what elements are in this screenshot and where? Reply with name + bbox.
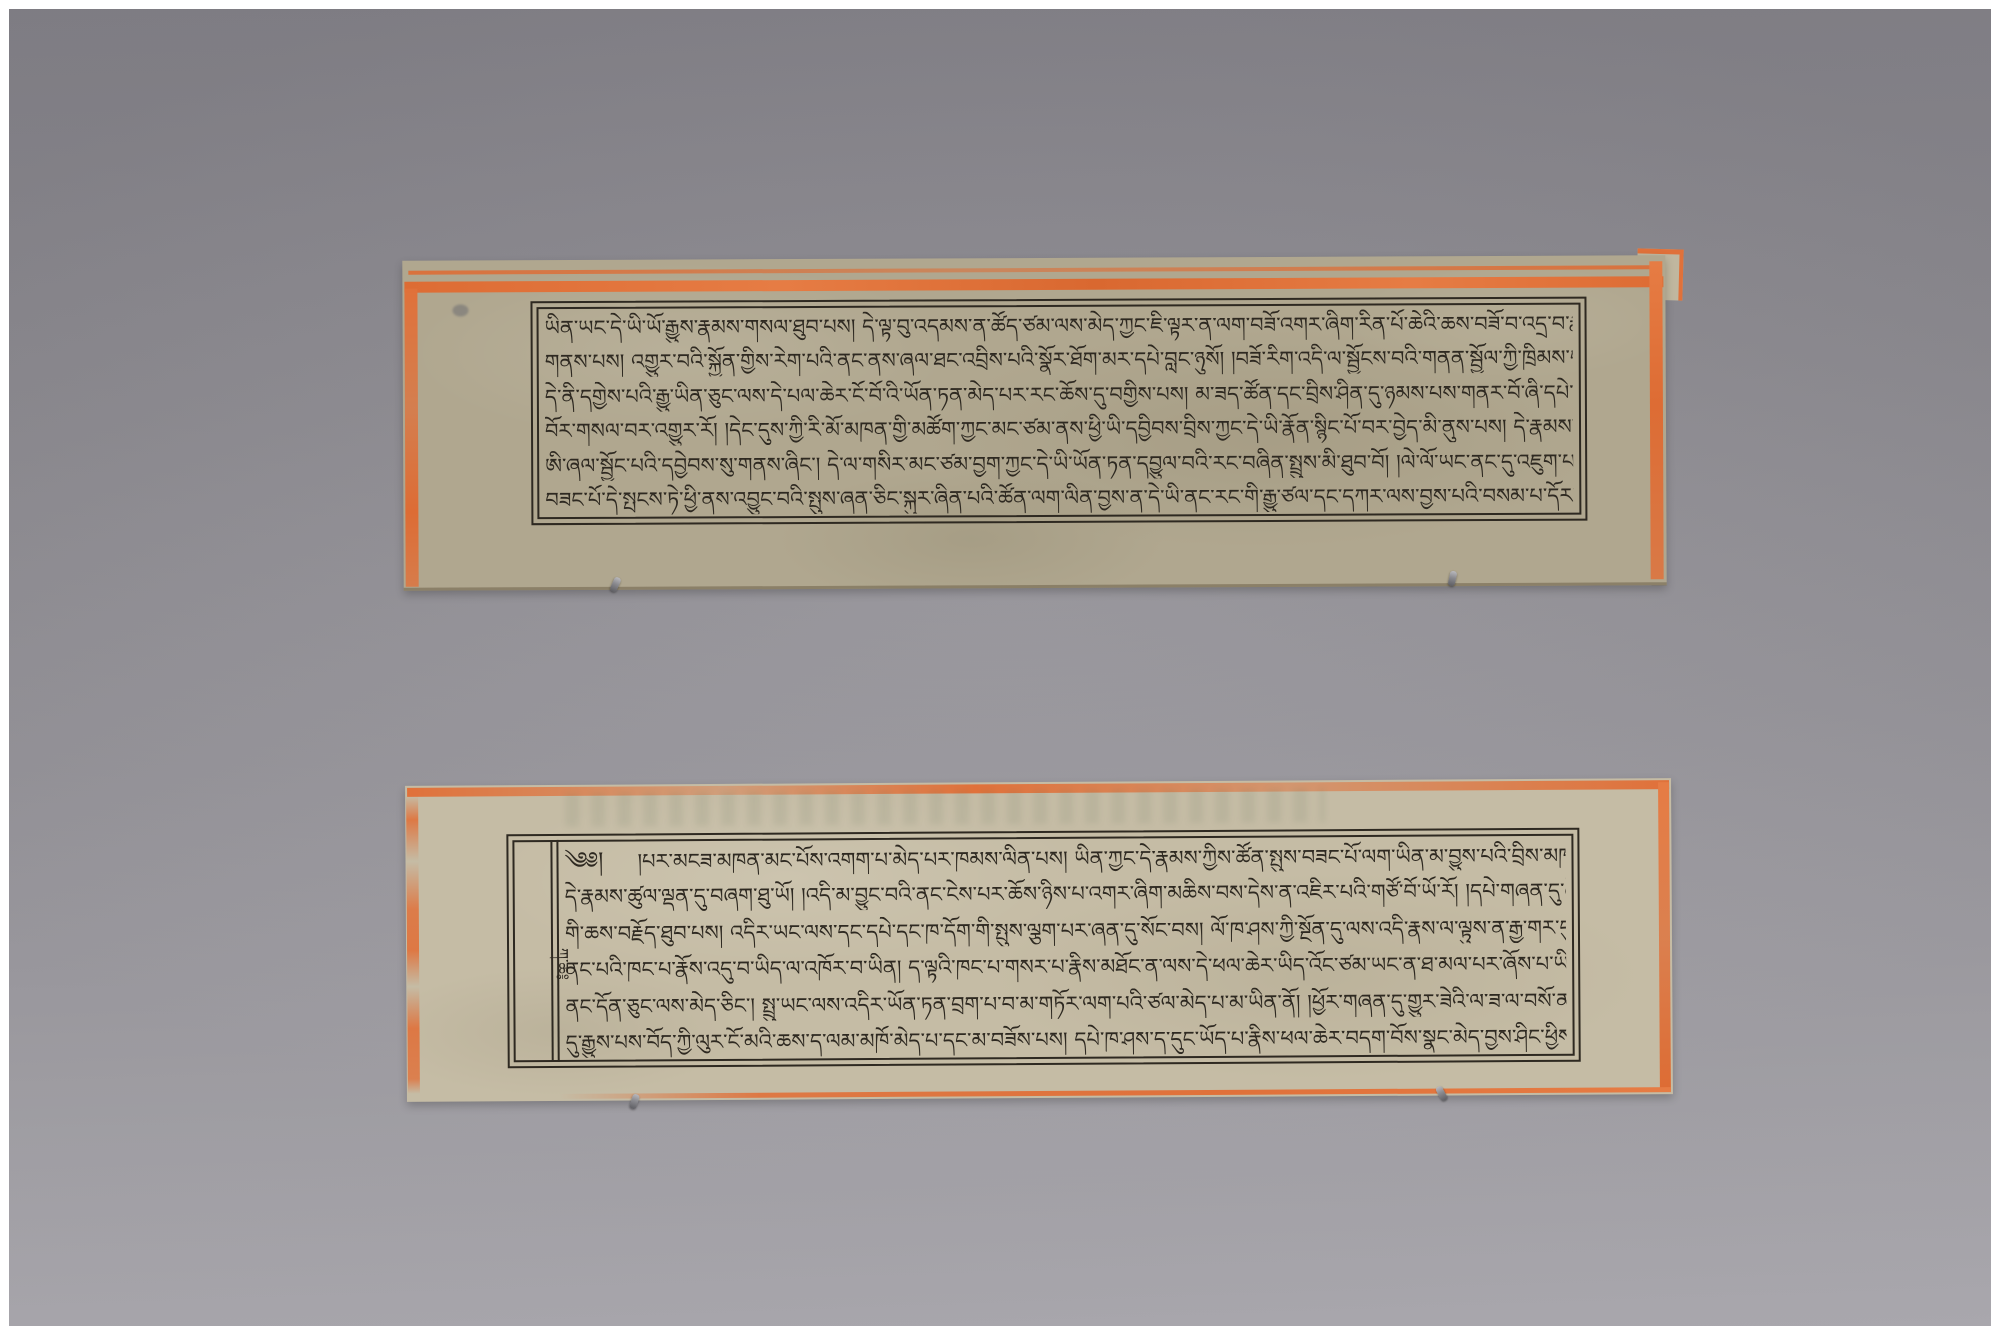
photo-mat: ཡིན་ཡང་དེ་ཡི་ཡོ་རྒྱུས་རྣམས་གསལ་ཐུབ་པས། ད…: [0, 0, 2000, 1335]
text-line: བོར་གསལ་བར་འགྱུར་རོ། །དེང་དུས་ཀྱི་རི་མོ་…: [545, 412, 1573, 446]
text-block: ཡིན་ཡང་དེ་ཡི་ཡོ་རྒྱུས་རྣམས་གསལ་ཐུབ་པས། ད…: [545, 309, 1574, 515]
photo-backdrop: [9, 9, 1991, 1326]
text-line-content: །པར་མངཟ་མཁན་མང་པོས་འགག་པ་མེད་པར་ཁམས་ལིན་…: [637, 843, 1565, 874]
orange-edge-paint: [404, 276, 1663, 292]
manuscript-leaf-top: ཡིན་ཡང་དེ་ཡི་ཡོ་རྒྱུས་རྣམས་གསལ་ཐུབ་པས། ད…: [402, 255, 1666, 591]
manuscript-leaf-bottom: ཀ་ཆ༔ ༄༅།།པར་མངཟ་མཁན་མང་པོས་འགག་པ་མེད་པར་…: [405, 778, 1673, 1102]
yig-mgo-ornament: ༄༅།: [564, 846, 637, 874]
text-line: གི་ཆས་བརྗོད་ཐུབ་པས། འདིར་ཡང་ལས་དང་དཔེ་དང…: [565, 913, 1566, 949]
margin-column: ཀ་ཆ༔: [508, 840, 559, 1062]
text-line: ༄༅།།པར་མངཟ་མཁན་མང་པོས་འགག་པ་མེད་པར་ཁམས་ལ…: [564, 840, 1565, 876]
text-block: ༄༅།།པར་མངཟ་མཁན་མང་པོས་འགག་པ་མེད་པར་ཁམས་ལ…: [564, 840, 1566, 1058]
orange-edge-paint: [404, 289, 418, 587]
text-line: གནས་པས། འགྱུར་བའི་སྐྱོན་གྱིས་རེག་པའི་ནང་…: [545, 343, 1573, 377]
text-line: བཟང་པོ་དེ་སྤངས་ཏེ་ཕྱི་ནས་འབྱུང་བའི་སྤུས་…: [545, 481, 1573, 515]
orange-edge-paint: [1649, 261, 1663, 579]
ink-smudge: [452, 304, 468, 316]
orange-edge-paint: [406, 796, 420, 1094]
text-line: ནང་པའི་ཁང་པ་རྣོས་འདུ་བ་ཡིད་ལ་འཁོར་བ་ཡིན།…: [565, 949, 1566, 985]
text-frame: ཡིན་ཡང་དེ་ཡི་ཡོ་རྒྱུས་རྣམས་གསལ་ཐུབ་པས། ད…: [530, 297, 1587, 526]
ink-showthrough: [565, 788, 1325, 827]
orange-edge-paint: [1658, 782, 1671, 1090]
text-line: དེ་རྣམས་ཚུལ་ལྡན་དུ་བཞག་ཐུ་ཡོ། །འདི་མ་བྱུ…: [565, 876, 1566, 912]
text-line: དུ་རྒྱུས་པས་བོད་ཀྱི་ལུར་ངོ་མའི་ཆས་ད་ལམ་མ…: [566, 1022, 1567, 1058]
text-frame: ཀ་ཆ༔ ༄༅།།པར་མངཟ་མཁན་མང་པོས་འགག་པ་མེད་པར་…: [506, 828, 1580, 1069]
text-line: དེ་ནི་དགྱེས་པའི་རྒྱུ་ཡིན་ཅུང་ལས་དེ་པལ་ཆེ…: [545, 377, 1573, 411]
text-line: ཨི་ཞལ་སྦྱོང་པའི་དབྱེབས་སུ་གནས་ཞིང་། དེ་ལ…: [545, 446, 1573, 480]
text-line: ཡིན་ཡང་དེ་ཡི་ཡོ་རྒྱུས་རྣམས་གསལ་ཐུབ་པས། ད…: [545, 309, 1573, 343]
text-line: ནང་དོན་ཅུང་ལས་མེད་ཅིང་། སྤྲུ་ཡང་ལས་འདིར་…: [565, 985, 1566, 1021]
orange-edge-paint: [408, 265, 1661, 274]
folio-margin-label: ཀ་ཆ༔: [491, 946, 571, 982]
